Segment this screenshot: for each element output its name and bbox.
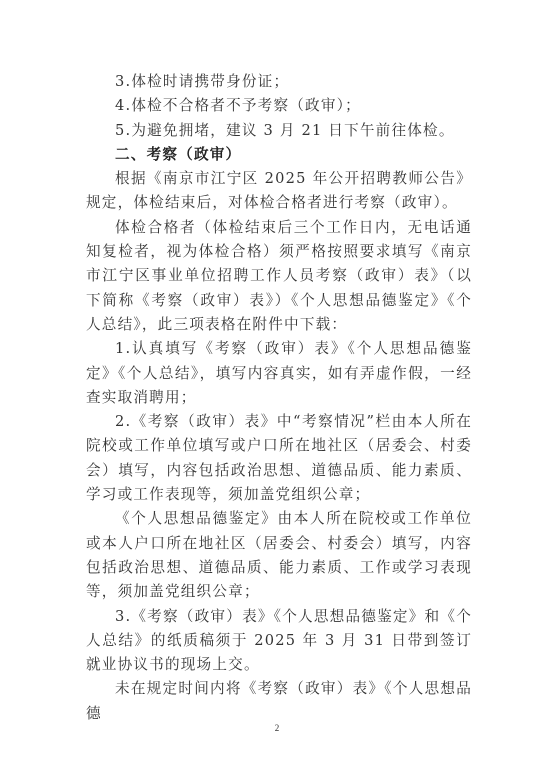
list-item-bring-id: 3.体检时请携带身份证； [86,70,472,94]
paragraph-late-submission: 未在规定时间内将《考察（政审）表》《个人思想品德 [86,677,472,726]
page-number: 2 [0,723,554,733]
section-heading-review: 二、考察（政审） [86,143,472,167]
paragraph-moral-appraisal: 《个人思想品德鉴定》由本人所在院校或工作单位或本人户口所在地社区（居委会、村委会… [86,507,472,604]
paragraph-forms-requirement: 体检合格者（体检结束后三个工作日内，无电话通知复检者，视为体检合格）须严格按照要… [86,216,472,337]
paragraph-basis: 根据《南京市江宁区 2025 年公开招聘教师公告》规定，体检结束后，对体检合格者… [86,167,472,216]
list-item-submission-deadline: 3.《考察（政审）表》《个人思想品德鉴定》和《个人总结》的纸质稿须于 2025 … [86,605,472,678]
list-item-avoid-crowd: 5.为避免拥堵，建议 3 月 21 日下午前往体检。 [86,119,472,143]
list-item-failed-exam: 4.体检不合格者不予考察（政审）； [86,94,472,118]
list-item-fill-truthfully: 1.认真填写《考察（政审）表》《个人思想品德鉴定》《个人总结》，填写内容真实，如… [86,337,472,410]
document-page: 3.体检时请携带身份证； 4.体检不合格者不予考察（政审）； 5.为避免拥堵，建… [86,70,472,726]
list-item-review-form: 2.《考察（政审）表》中“考察情况”栏由本人所在院校或工作单位填写或户口所在地社… [86,410,472,507]
